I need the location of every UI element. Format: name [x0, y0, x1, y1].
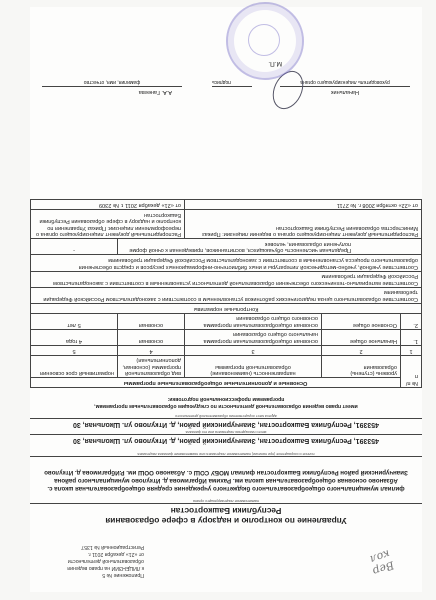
divider	[30, 418, 422, 419]
row-level: Начальное общее	[322, 329, 401, 345]
control-header: Контрольные нормативы	[31, 304, 422, 314]
caption: место нахождения лицензиата или его фили…	[30, 430, 422, 434]
column-number: 3	[185, 346, 322, 356]
table-row: 1. Начальное общее основная общеобразова…	[31, 329, 422, 345]
order-reissue: Распорядительный документ лицензирующего…	[31, 209, 185, 238]
column-header: нормативный срок освоения	[31, 355, 118, 378]
column-header: уровень (ступень) образования	[322, 355, 401, 378]
location-address: 453391, Республика Башкортостан, Зианчур…	[30, 437, 422, 444]
handwritten-note: Вер кол	[367, 547, 396, 577]
row-program: основная общеобразовательная программа о…	[185, 313, 322, 329]
order-date: от «22» октября 2008 г. № 2711	[185, 200, 422, 210]
control-row: Соответствие материально-технического об…	[31, 271, 422, 287]
title-line: Управление по контролю и надзору в сфере…	[30, 516, 422, 526]
control-row: Соответствие учебной, учебно-методическо…	[31, 255, 422, 271]
divider	[30, 503, 422, 504]
capacity-value: -	[31, 239, 118, 255]
caption: наименование лицензирующего органа	[30, 499, 422, 503]
order-date: от «21» декабря 2011 г. № 2309	[31, 200, 185, 210]
appendix-line: Приложение № 5	[34, 571, 144, 578]
appendix-line: от «21» декабря 2011 г.	[34, 550, 144, 557]
divider	[30, 434, 422, 435]
caption: полное и сокращенное (при наличии) наиме…	[30, 452, 422, 456]
num-header: № п/п	[401, 355, 422, 387]
column-header: направленность (наименование) образовате…	[185, 355, 322, 378]
appendix-line: к ЛИЦЕНЗИИ на право ведения	[34, 564, 144, 571]
row-term: 4 года	[31, 329, 118, 345]
organization-name: филиал муниципального общеобразовательно…	[40, 467, 412, 492]
divider	[30, 456, 422, 457]
title-line: Республики Башкортостан	[30, 506, 422, 516]
appendix-line: образовательной деятельности	[34, 557, 144, 564]
programs-table: № п/п Основные и дополнительные общеобра…	[30, 199, 422, 388]
scanned-license-page: Приложение № 5 к ЛИЦЕНЗИИ на право веден…	[0, 0, 436, 600]
column-number: 1	[401, 346, 422, 356]
activity-address: 453391, Республика Башкортостан, Зианчур…	[30, 421, 422, 428]
row-type: основная	[118, 329, 185, 345]
rights-text: имеет право ведения образовательной деят…	[30, 395, 422, 409]
authority-title: Управление по контролю и надзору в сфере…	[30, 506, 422, 526]
divider	[212, 86, 252, 87]
capacity-label: Предельная численность обучающихся, восп…	[118, 239, 422, 255]
stamp-emblem	[248, 24, 280, 56]
control-row: Соответствие образовательного ценза педа…	[31, 287, 422, 303]
name-caption: фамилия, имя, отчество	[42, 79, 182, 85]
column-number: 5	[31, 346, 118, 356]
caption: адреса мест осуществления образовательно…	[30, 414, 422, 418]
appendix-line: Регистрационный № 1357	[34, 543, 144, 550]
signature-caption: подпись	[212, 79, 252, 85]
row-num: 1.	[401, 329, 422, 345]
column-header: вид образовательной программы (основная,…	[118, 355, 185, 378]
table-row: 2. Основное общее основная общеобразоват…	[31, 313, 422, 329]
order-issue: Распорядительный документ лицензирующего…	[185, 209, 422, 238]
signatory-name: А.А. Ганеева	[52, 89, 172, 95]
row-type: основная	[118, 313, 185, 329]
row-level: Основное общее	[322, 313, 401, 329]
document-sheet: Приложение № 5 к ЛИЦЕНЗИИ на право веден…	[30, 7, 422, 592]
row-program: основная общеобразовательная программа н…	[185, 329, 322, 345]
row-term: 5 лет	[31, 313, 118, 329]
appendix-note: Приложение № 5 к ЛИЦЕНЗИИ на право веден…	[34, 543, 144, 578]
official-stamp	[226, 2, 304, 80]
column-number: 4	[118, 346, 185, 356]
row-num: 2.	[401, 313, 422, 329]
column-number: 2	[322, 346, 401, 356]
section-header: Основные и дополнительные общеобразовате…	[31, 378, 401, 388]
divider	[42, 86, 182, 87]
